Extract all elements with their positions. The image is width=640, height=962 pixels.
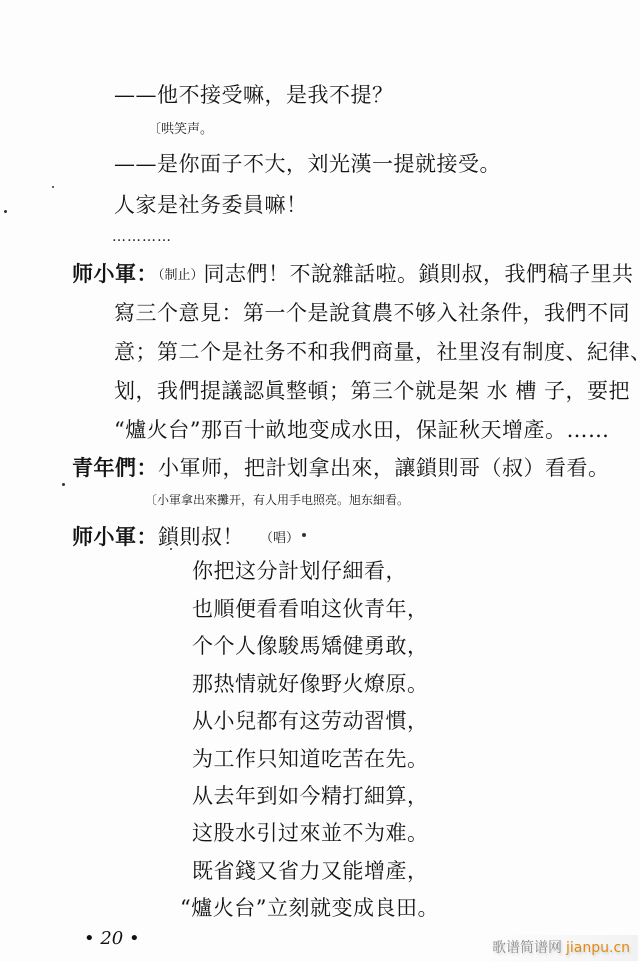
dialogue-line: 意；第二个是社务不和我們商量，社里沒有制度、紀律、計 (114, 340, 640, 364)
scan-speck (52, 186, 54, 188)
ellipsis-divider: ………… (112, 230, 172, 244)
dialogue-line: “爐火台”那百十畝地变成水田，保証秋天增產。…… (114, 418, 609, 442)
page-number: • 20 • (84, 928, 140, 949)
song-line: 那热情就好像野火燎原。 (192, 672, 429, 696)
dialogue-line: ——是你面子不大，刘光漢一提就接受。 (114, 152, 501, 176)
song-line: 从小兒都有这劳动習慣， (192, 709, 429, 733)
scan-speck (4, 210, 7, 213)
scan-speck (302, 533, 306, 537)
song-line: 为工作只知道吃苦在先。 (192, 747, 429, 771)
stage-direction-inline: （唱） (260, 531, 299, 546)
song-line: 你把这分計划仔細看， (192, 559, 407, 583)
dialogue-line: 人家是社务委員嘛！ (114, 193, 308, 217)
watermark-site-name: 歌谱简谱网 (492, 940, 562, 956)
stage-direction: 〔哄笑声。 (148, 122, 213, 138)
dialogue-text: 同志們！不說雜話啦。鎖則叔，我們稿子里共 (204, 262, 634, 286)
scanned-script-page: ——他不接受嘛，是我不提？ 〔哄笑声。 ——是你面子不大，刘光漢一提就接受。 人… (0, 0, 640, 962)
scan-speck (170, 548, 172, 550)
song-line: 这股水引过來並不为难。 (192, 821, 429, 845)
scan-speck (62, 483, 65, 486)
speaker-name: 青年們： (72, 455, 158, 480)
speaker-name: 师小軍： (72, 261, 158, 286)
song-line: 也順便看看咱这伙青年， (192, 597, 429, 621)
dialogue-line: 寫三个意見：第一个是說貧農不够入社条件，我們不同 (114, 301, 630, 325)
dialogue-block-speaker-line: 师小軍：（制止）同志們！不說雜話啦。鎖則叔，我們稿子里共 (72, 262, 634, 288)
dialogue-text: 鎖則叔！ (158, 525, 244, 549)
dialogue-block-speaker-line: 师小軍：鎖則叔！（唱） (72, 525, 299, 551)
site-watermark: 歌谱简谱网jianpu.cn (486, 935, 638, 961)
watermark-domain: jianpu.cn (566, 940, 630, 956)
speaker-name: 师小軍： (72, 524, 158, 549)
song-line: “爐火台”立刻就变成良田。 (180, 896, 439, 920)
dialogue-line: 划，我們提議認眞整頓；第三个就是架 水 槽 子，要把 (114, 379, 630, 403)
song-line: 从去年到如今精打細算， (192, 784, 429, 808)
dialogue-block-speaker-line: 青年們：小軍师，把計划拿出來，讓鎖則哥（叔）看看。 (72, 456, 610, 480)
stage-direction: 〔小軍拿出來攤开，有人用手电照亮。旭东細看。 (145, 492, 409, 508)
dialogue-line: ——他不接受嘛，是我不提？ (114, 83, 394, 107)
song-line: 个个人像駿馬矯健勇敢， (192, 634, 429, 658)
stage-direction-inline: （制止） (158, 268, 204, 283)
dialogue-text: 小軍师，把計划拿出來，讓鎖則哥（叔）看看。 (158, 456, 610, 480)
song-line: 既省錢又省力又能增產， (192, 859, 429, 883)
